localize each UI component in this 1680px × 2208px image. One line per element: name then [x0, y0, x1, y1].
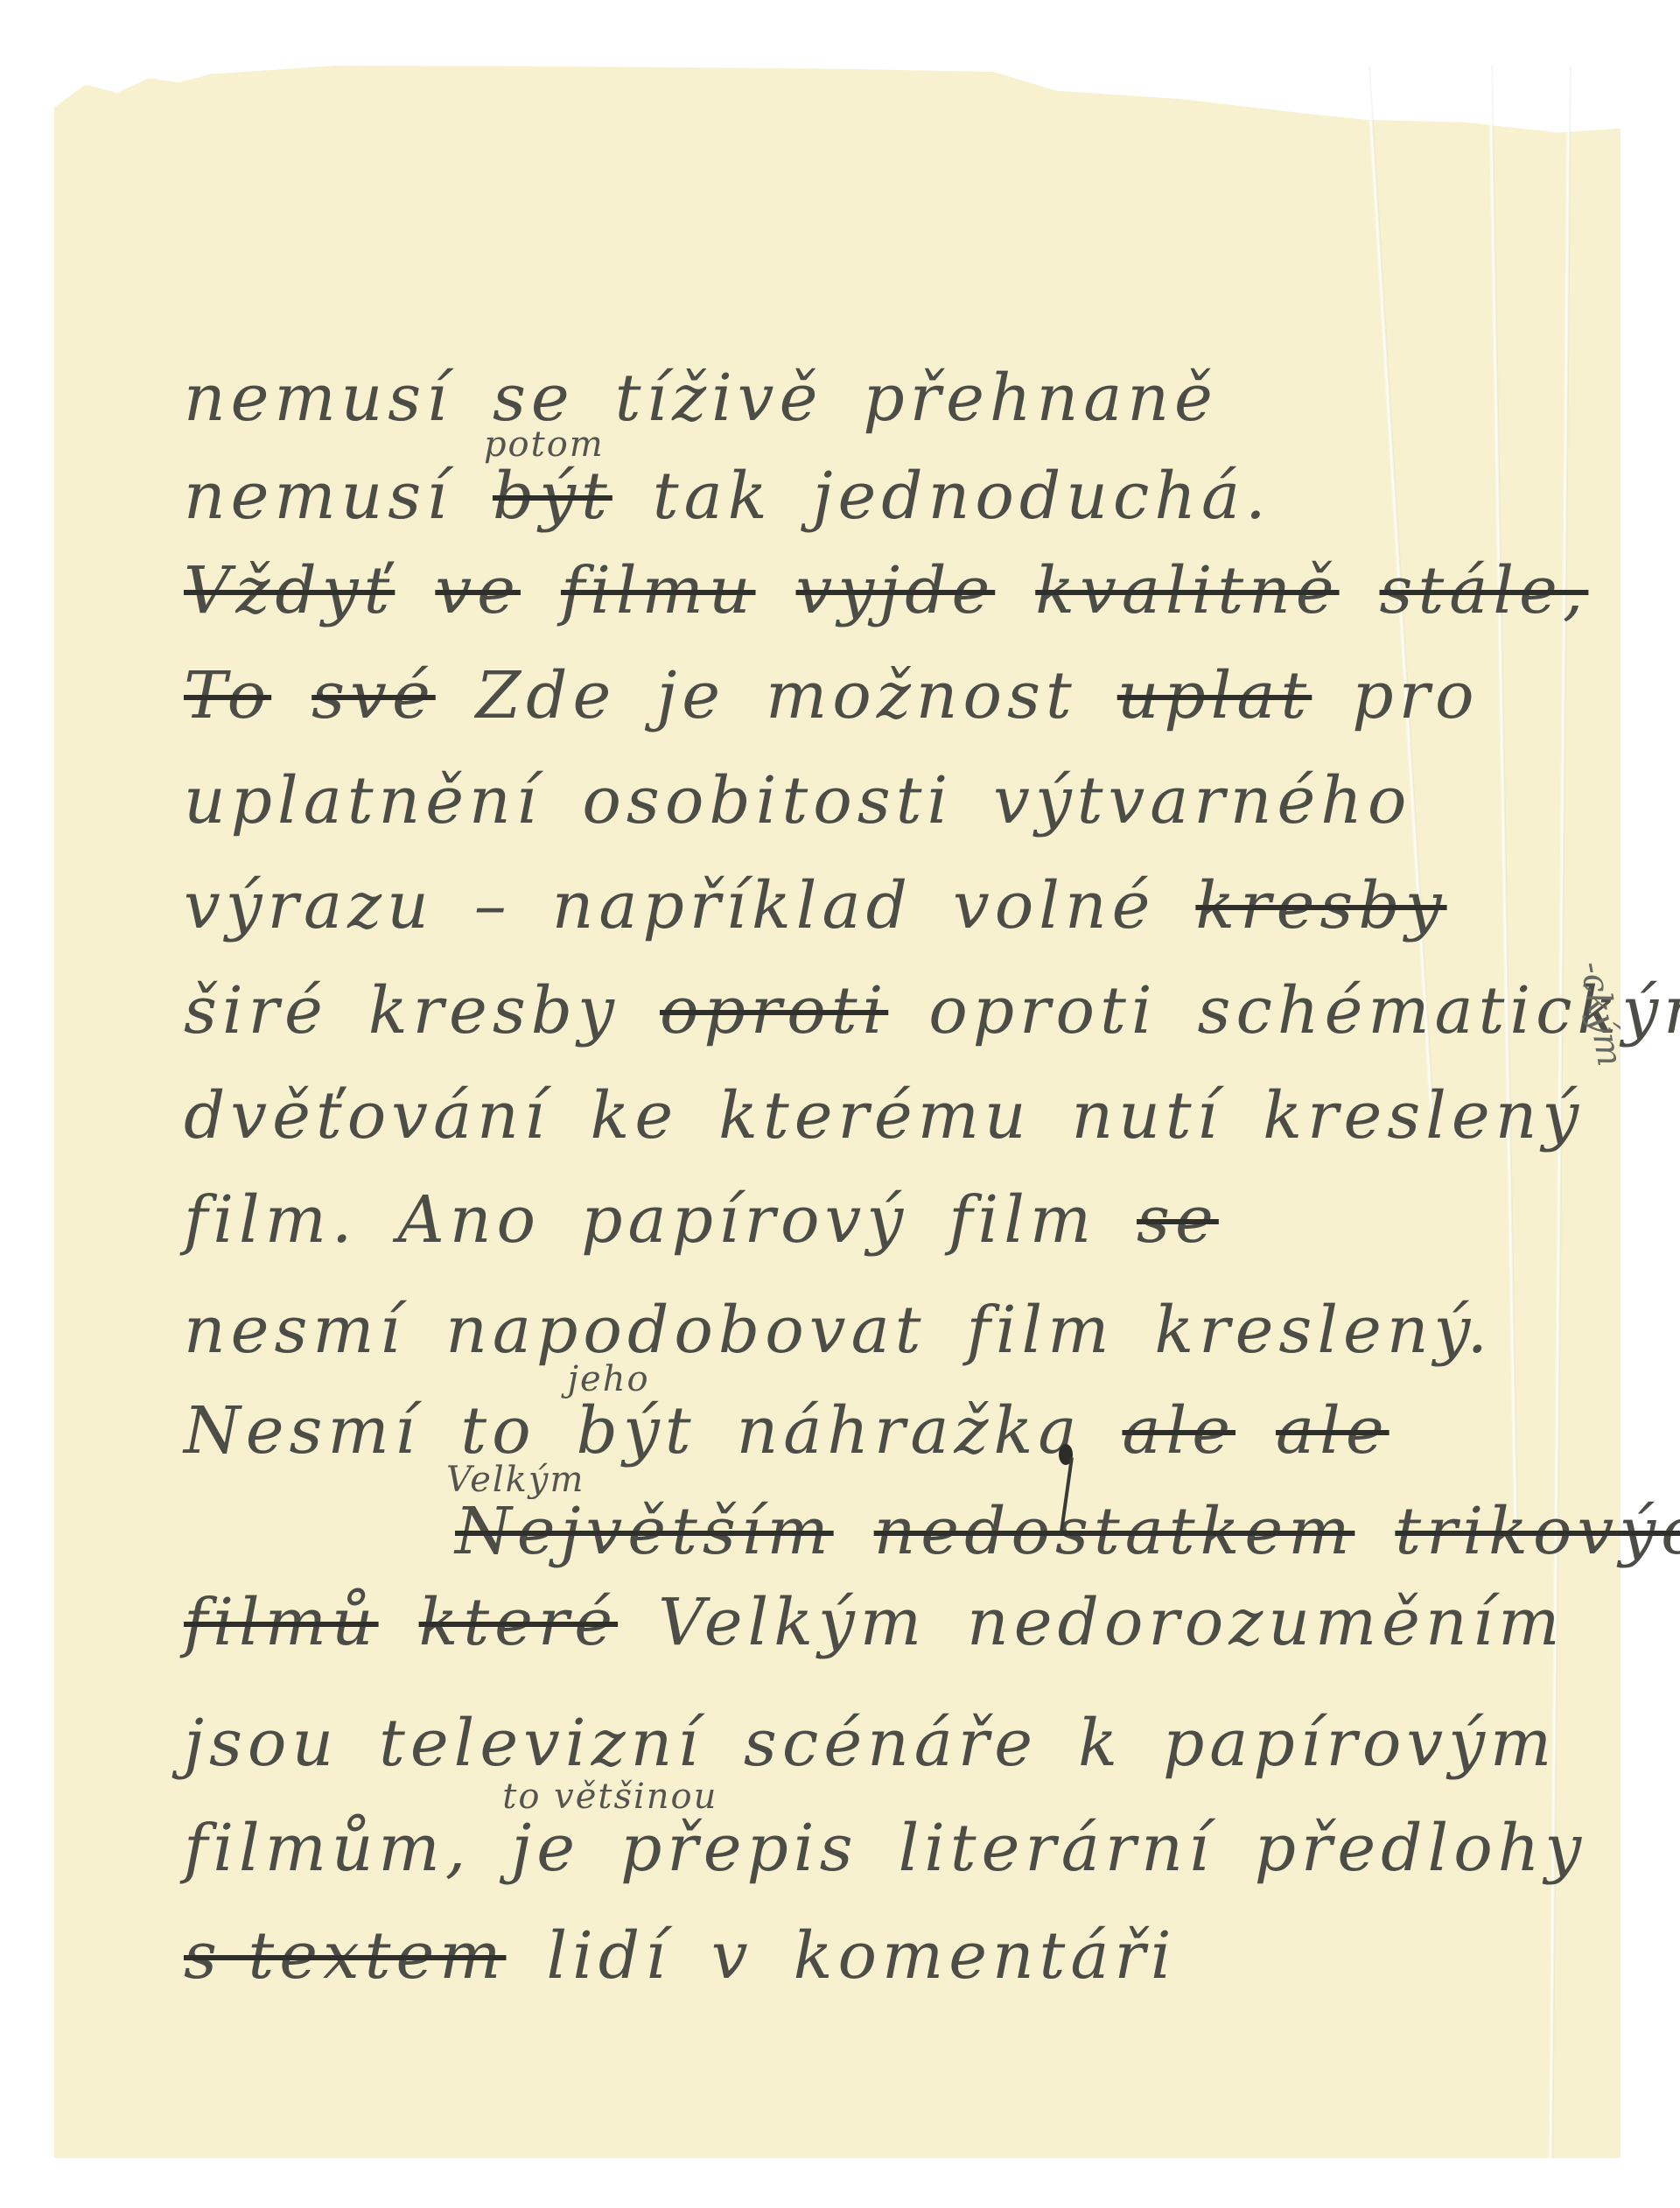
word: pro	[1352, 663, 1479, 728]
word: napodobovat	[445, 1298, 926, 1363]
word: v	[711, 1924, 753, 1988]
word: papírovým	[1163, 1711, 1557, 1776]
struck-word: oproti	[660, 978, 888, 1043]
struck-word: své	[311, 663, 436, 728]
interlinear-insertion: potom	[484, 427, 605, 462]
word: přepis	[620, 1816, 858, 1881]
word: ke	[591, 1083, 679, 1148]
word: širé	[184, 978, 328, 1043]
word: to	[460, 1398, 535, 1463]
struck-word: se	[1137, 1188, 1219, 1252]
struck-word: kresby	[1195, 873, 1446, 938]
interlinear-insertion: jeho	[568, 1362, 650, 1397]
struck-word: ale	[1276, 1398, 1389, 1463]
word: nutí	[1072, 1083, 1223, 1148]
struck-word: trikových	[1395, 1499, 1680, 1564]
manuscript-line: uplatněníosobitostivýtvarného	[184, 768, 1452, 833]
struck-word: stále,	[1380, 558, 1589, 623]
word: –	[474, 873, 512, 938]
manuscript-line: výrazu–napříkladvolnékresby	[184, 873, 1487, 938]
struck-word: ale	[1122, 1398, 1235, 1463]
word: výtvarného	[993, 768, 1411, 833]
manuscript-line: nemusíbýtpotomtakjednoduchá.	[184, 464, 1312, 529]
struck-word: To	[184, 663, 271, 728]
word: například	[552, 873, 913, 938]
word: nesmí	[184, 1298, 405, 1363]
manuscript-line: filmům,jeto většinoupřepisliterárnípředl…	[184, 1816, 1627, 1881]
struck-word: vyjde	[796, 558, 996, 623]
struck-word: které	[419, 1590, 619, 1655]
word: literární	[899, 1816, 1214, 1881]
word: možnost	[766, 663, 1077, 728]
word: tíživě	[615, 366, 823, 431]
manuscript-line: Vždyťvefilmuvyjdekvalitněstále,	[184, 558, 1628, 623]
word: se	[493, 366, 575, 431]
struck-word: NejvětšímVelkým	[455, 1499, 834, 1564]
word: scénáře	[744, 1711, 1038, 1776]
manuscript-line: nemusísetíživěpřehnaně	[184, 366, 1258, 431]
word: k	[1078, 1711, 1123, 1776]
word: Velkým	[658, 1590, 927, 1655]
manuscript-line: s textemlidívkomentáři	[184, 1924, 1217, 1988]
struck-word: ve	[435, 558, 521, 623]
word: Zde	[476, 663, 617, 728]
word: je	[656, 663, 725, 728]
word: film	[966, 1298, 1114, 1363]
struck-word: býtpotom	[493, 464, 612, 529]
word: nedorozuměním	[967, 1590, 1564, 1655]
word: tak	[653, 464, 773, 529]
word: uplatnění	[184, 768, 542, 833]
word: lidí	[546, 1924, 670, 1988]
interlinear-insertion: to většinou	[502, 1779, 717, 1814]
manuscript-line: NejvětšímVelkýmnedostatkemtrikových	[455, 1499, 1680, 1564]
manuscript-line: film.Anopapírovýfilmse	[184, 1188, 1259, 1252]
word: kresby	[368, 978, 619, 1043]
word: filmům,	[184, 1816, 471, 1881]
manuscript-line: dvěťováníkekterémunutíkreslený	[184, 1083, 1624, 1148]
word: výrazu	[184, 873, 434, 938]
word: Nesmí	[184, 1398, 420, 1463]
word: kreslený	[1263, 1083, 1584, 1148]
word: jsou	[184, 1711, 339, 1776]
word: náhražka	[737, 1398, 1082, 1463]
word: film	[948, 1188, 1096, 1252]
manuscript-line: TosvéZdejemožnostuplatpro	[184, 663, 1520, 728]
word: jednoduchá.	[813, 464, 1271, 529]
word: býtjeho	[577, 1398, 696, 1463]
word: jeto většinou	[511, 1816, 580, 1881]
word: dvěťování	[184, 1083, 550, 1148]
manuscript-line: nesmínapodobovatfilmkreslený.	[184, 1298, 1533, 1363]
manuscript-line: filmůkteréVelkýmnedorozuměním	[184, 1590, 1605, 1655]
word: oproti	[928, 978, 1157, 1043]
word: nemusí	[184, 464, 452, 529]
word: nemusí	[184, 366, 452, 431]
word: komentáři	[794, 1924, 1177, 1988]
struck-word: s textem	[184, 1924, 506, 1988]
struck-word: filmu	[561, 558, 756, 623]
manuscript-line: Nesmítobýtjehonáhražkaaleale	[184, 1398, 1430, 1463]
struck-word: uplat	[1117, 663, 1312, 728]
word: kterému	[718, 1083, 1031, 1148]
interlinear-insertion: Velkým	[446, 1462, 584, 1497]
struck-word: kvalitně	[1035, 558, 1339, 623]
struck-word: Vždyť	[184, 558, 395, 623]
word: papírový	[581, 1188, 908, 1252]
struck-word: nedostatkem	[874, 1499, 1355, 1564]
manuscript-line: širékresbyoprotioprotischématickým	[184, 978, 1680, 1043]
word: kreslený.	[1154, 1298, 1493, 1363]
word: film.	[184, 1188, 357, 1252]
word: předlohy	[1255, 1816, 1587, 1881]
word: televizní	[379, 1711, 703, 1776]
word: osobitosti	[582, 768, 953, 833]
word: přehnaně	[863, 366, 1217, 431]
struck-word: filmů	[184, 1590, 379, 1655]
manuscript-line: jsoutelevizníscénářekpapírovým	[184, 1711, 1597, 1776]
word: volné	[953, 873, 1155, 938]
word: Ano	[397, 1188, 541, 1252]
